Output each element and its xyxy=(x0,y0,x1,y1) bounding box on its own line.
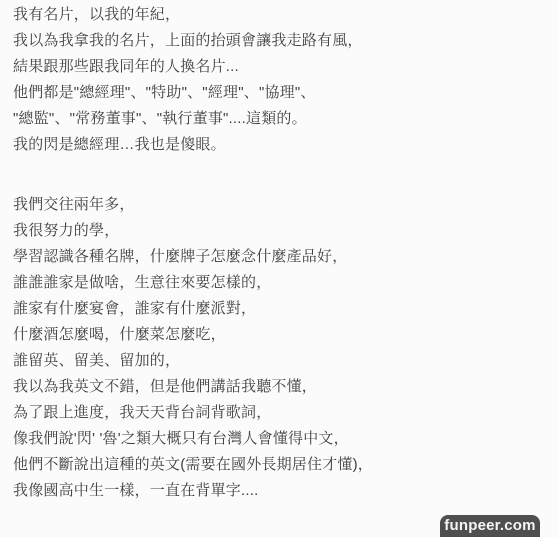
text-line: 我們交往兩年多， xyxy=(13,192,559,218)
text-line: 我像國高中生一樣，一直在背單字.... xyxy=(13,478,559,504)
paragraph-business-cards: 我有名片，以我的年紀， 我以為我拿我的名片，上面的抬頭會讓我走路有風， 結果跟那… xyxy=(13,2,559,158)
text-post-image: 我有名片，以我的年紀， 我以為我拿我的名片，上面的抬頭會讓我走路有風， 結果跟那… xyxy=(0,0,559,537)
text-line: 我的閃是總經理…我也是傻眼。 xyxy=(13,132,559,158)
text-line: 我以為我英文不錯，但是他們講話我聽不懂， xyxy=(13,374,559,400)
text-line: 他們不斷說出這種的英文(需要在國外長期居住才懂)， xyxy=(13,452,559,478)
text-line: 我以為我拿我的名片，上面的抬頭會讓我走路有風， xyxy=(13,28,559,54)
text-line: 學習認識各種名牌，什麼牌子怎麼念什麼產品好， xyxy=(13,244,559,270)
watermark-badge: funpeer.com xyxy=(440,515,540,537)
text-line: 為了跟上進度，我天天背台詞背歌詞， xyxy=(13,400,559,426)
watermark-label: funpeer.com xyxy=(444,515,535,536)
text-line: 什麼酒怎麼喝，什麼菜怎麼吃， xyxy=(13,322,559,348)
text-line: 他們都是"總經理"、"特助"、"經理"、"協理"、 xyxy=(13,80,559,106)
text-content: 我有名片，以我的年紀， 我以為我拿我的名片，上面的抬頭會讓我走路有風， 結果跟那… xyxy=(0,0,559,504)
text-line: 結果跟那些跟我同年的人換名片... xyxy=(13,54,559,80)
paragraph-learning: 我們交往兩年多， 我很努力的學， 學習認識各種名牌，什麼牌子怎麼念什麼產品好， … xyxy=(13,192,559,504)
text-line: 像我們說'閃' '魯'之類大概只有台灣人會懂得中文， xyxy=(13,426,559,452)
text-line: 誰家有什麼宴會，誰家有什麼派對， xyxy=(13,296,559,322)
text-line: 誰誰誰家是做啥，生意往來要怎樣的， xyxy=(13,270,559,296)
text-line: 誰留英、留美、留加的， xyxy=(13,348,559,374)
text-line: 我很努力的學， xyxy=(13,218,559,244)
text-line: "總監"、"常務董事"、"執行董事"....這類的。 xyxy=(13,106,559,132)
text-line: 我有名片，以我的年紀， xyxy=(13,2,559,28)
